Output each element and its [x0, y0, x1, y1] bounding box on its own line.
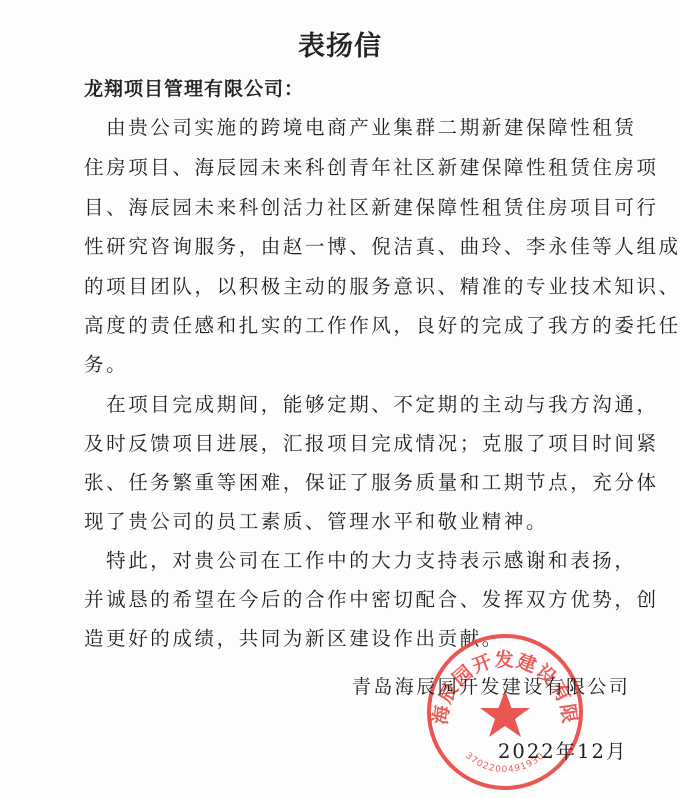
body-line: 高度的责任感和扎实的工作作风，良好的完成了我方的委托任: [84, 310, 644, 338]
body-line: 张、任务繁重等困难，保证了服务质量和工期节点，充分体: [84, 467, 644, 495]
body-line: 性研究咨询服务，由赵一博、倪洁真、曲玲、李永佳等人组成: [84, 231, 644, 259]
addressee: 龙翔项目管理有限公司：: [84, 74, 304, 101]
body-line: 由贵公司实施的跨境电商产业集群二期新建保障性租赁: [84, 112, 644, 140]
body-line: 的项目团队，以积极主动的服务意识、精准的专业技术知识、: [84, 271, 644, 299]
body-line: 特此，对贵公司在工作中的大力支持表示感谢和表扬，: [84, 545, 644, 573]
signature-company: 青岛海辰园开发建设有限公司: [352, 672, 630, 699]
body-line: 并诚恳的希望在今后的合作中密切配合、发挥双方优势，创: [84, 584, 644, 612]
seal-icon: 青岛海辰园开发建设有限公司 3702200491930: [425, 632, 585, 792]
body-line: 及时反馈项目进展，汇报项目完成情况；克服了项目时间紧: [84, 428, 644, 456]
body-line: 住房项目、海辰园未来科创青年社区新建保障性租赁住房项: [84, 152, 644, 180]
body-line: 现了贵公司的员工素质、管理水平和敬业精神。: [84, 506, 644, 534]
letter-title: 表扬信: [0, 24, 680, 63]
body-line: 目、海辰园未来科创活力社区新建保障性租赁住房项目可行: [84, 192, 644, 220]
body-line: 务。: [84, 349, 644, 377]
signature-date: 2022年12月: [498, 736, 627, 764]
body-line: 在项目完成期间，能够定期、不定期的主动与我方沟通，: [84, 389, 644, 417]
company-seal: 青岛海辰园开发建设有限公司 3702200491930: [425, 632, 585, 792]
